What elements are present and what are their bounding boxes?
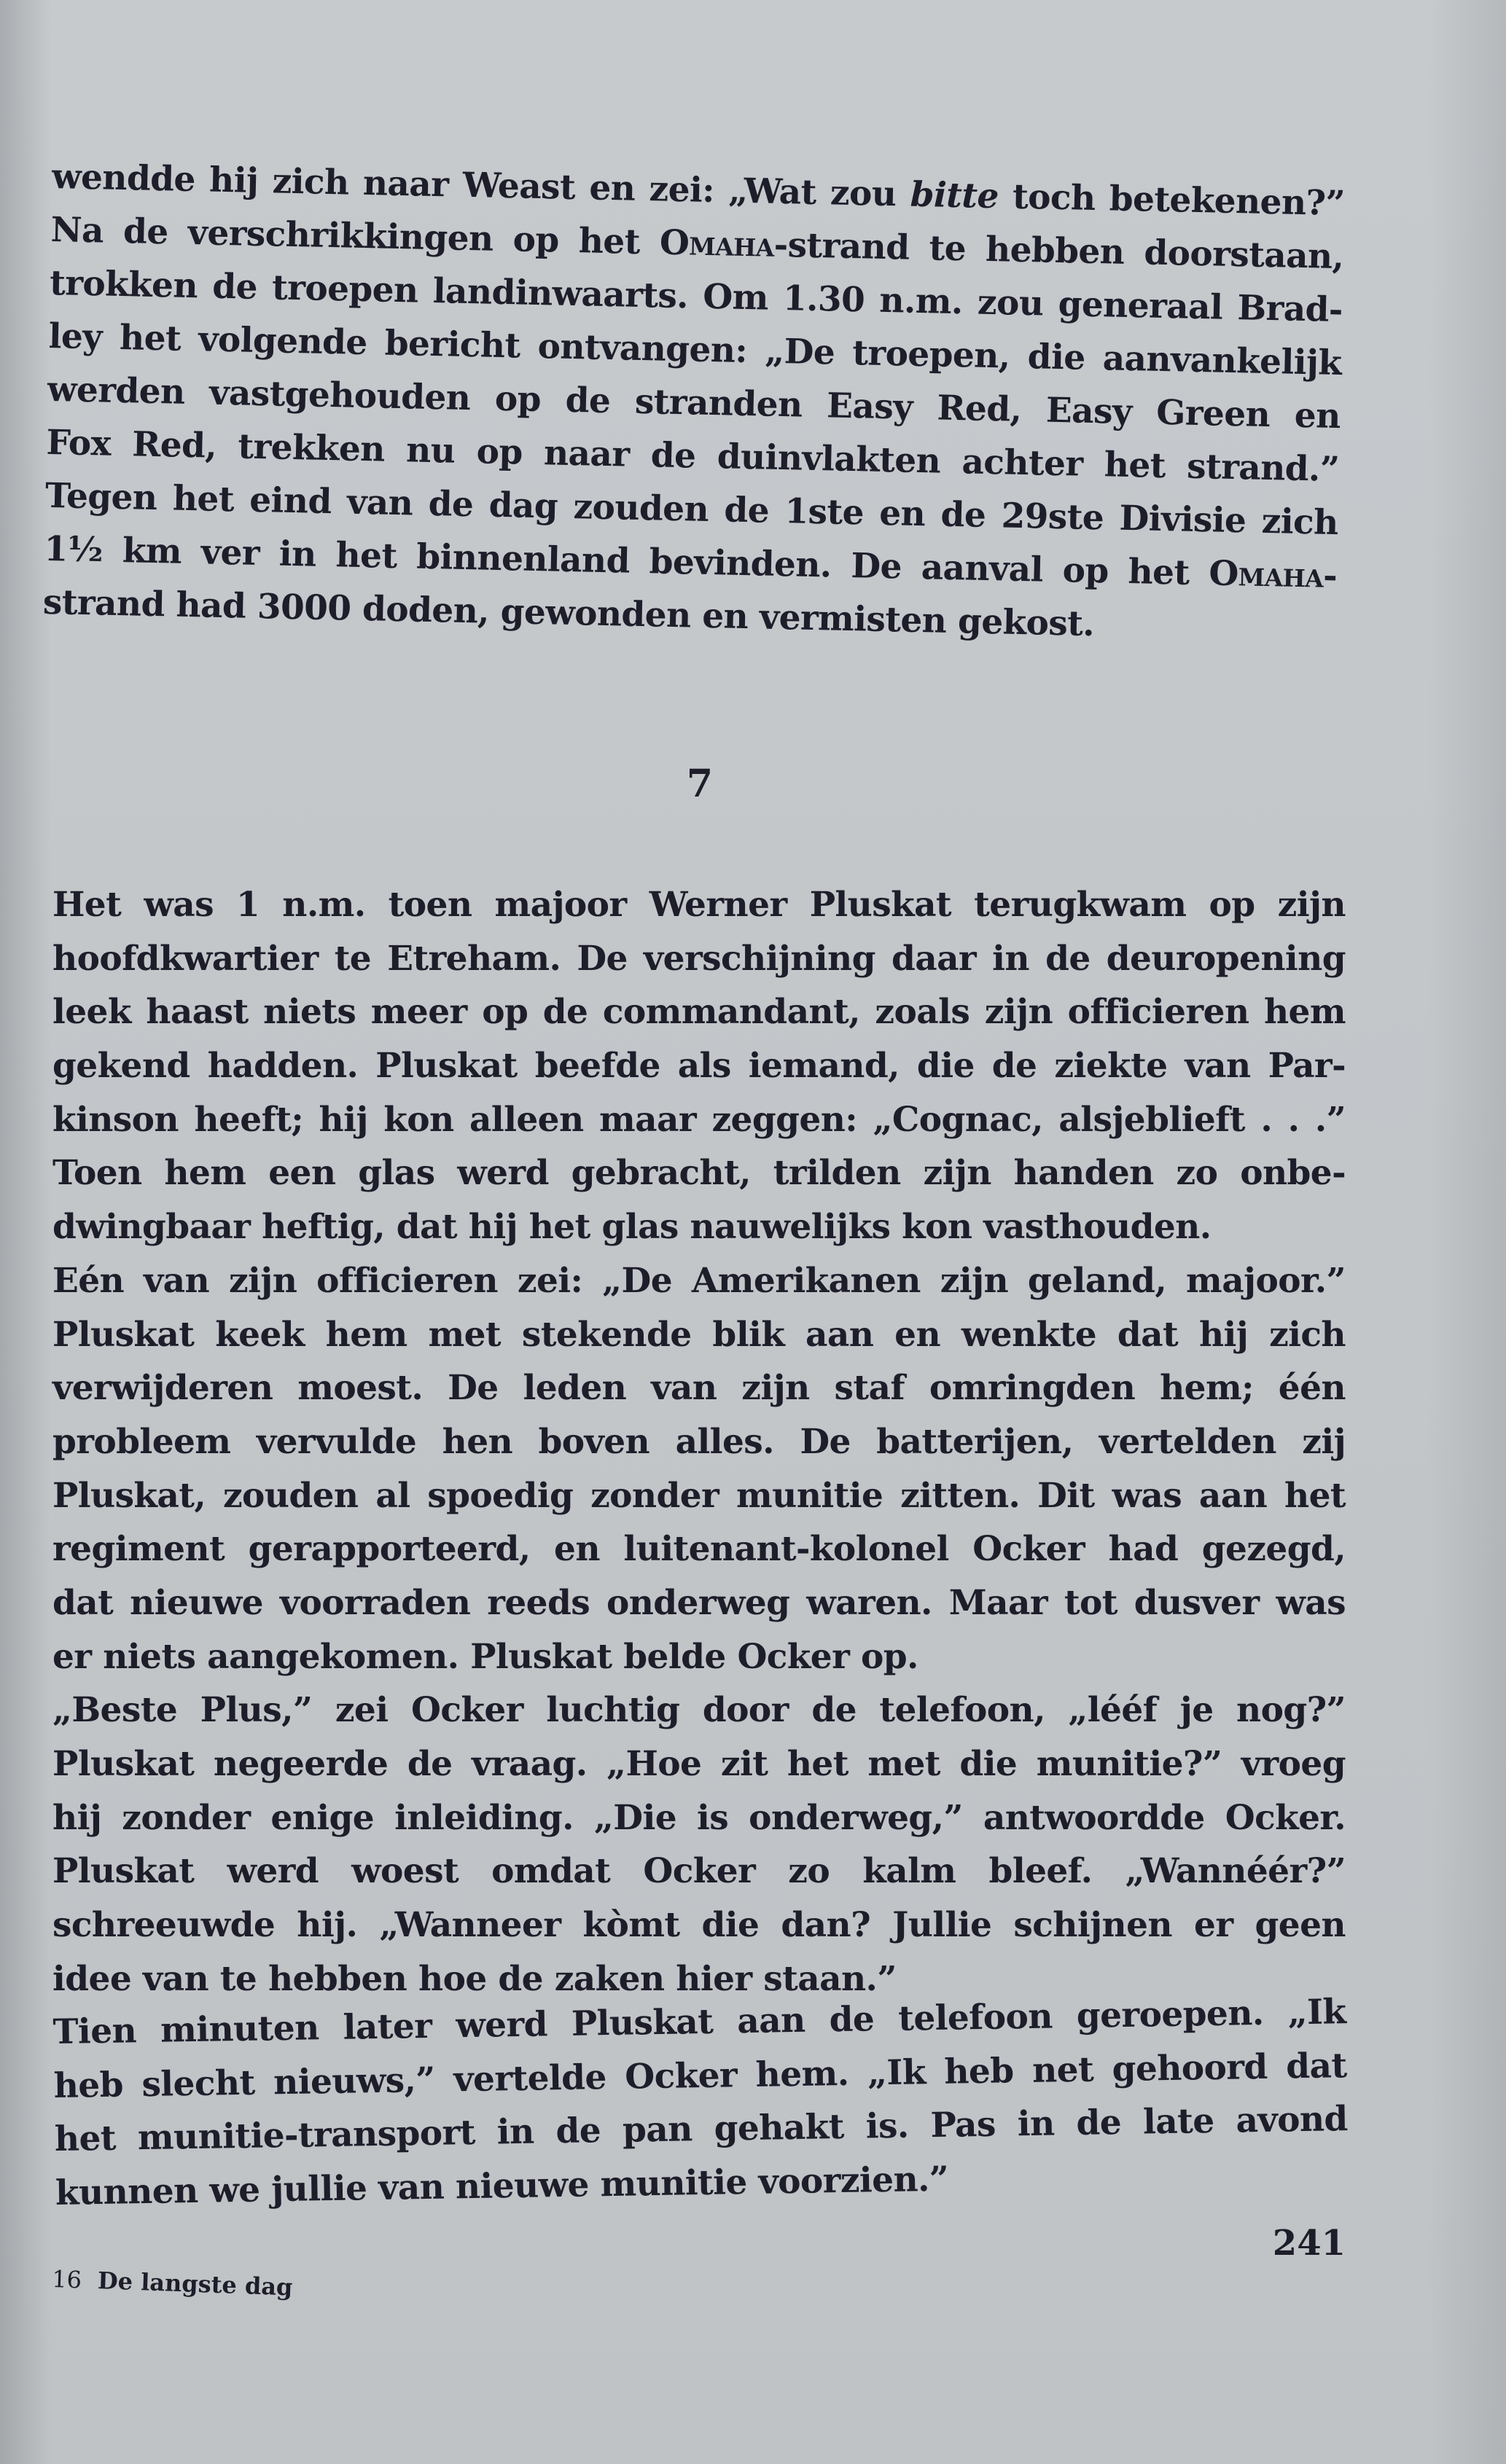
smallcaps-word: Omaha	[659, 222, 774, 265]
printer-signature: 16De langste dag	[52, 2265, 293, 2301]
text-segment: -strand te hebben doorstaan,	[773, 225, 1344, 277]
text-segment: toch betekenen?”	[998, 176, 1345, 224]
text-line: Pluskat werd woest omdat Ocker zo kalm b…	[52, 1845, 1346, 1898]
smallcaps-word: Omaha	[1209, 553, 1324, 595]
text-line: Pluskat, zouden al spoedig zonder muniti…	[52, 1469, 1346, 1523]
text-line: leek haast niets meer op de commandant, …	[52, 985, 1346, 1039]
text-line: hoofdkwartier te Etreham. De verschijnin…	[52, 932, 1346, 986]
text-line: dat nieuwe voorraden reeds onderweg ware…	[52, 1576, 1346, 1630]
text-line: Pluskat negeerde de vraag. „Hoe zit het …	[52, 1737, 1346, 1791]
text-line: Eén van zijn officieren zei: „De Amerika…	[52, 1254, 1346, 1308]
text-line: hij zonder enige inleiding. „Die is onde…	[52, 1791, 1346, 1845]
text-line: dwingbaar heftig, dat hij het glas nauwe…	[52, 1200, 1346, 1254]
text-line: probleem vervulde hen boven alles. De ba…	[52, 1415, 1346, 1469]
book-page: wendde hij zich naar Weast en zei: „Wat …	[0, 0, 1506, 2464]
text-segment: Na de verschrikkingen op het	[50, 210, 660, 262]
italic-word: bitte	[910, 175, 999, 217]
signature-title: De langste dag	[97, 2267, 293, 2301]
text-line: schreeuwde hij. „Wanneer kòmt die dan? J…	[52, 1898, 1346, 1952]
text-line: Toen hem een glas werd gebracht, trilden…	[52, 1146, 1346, 1200]
page-number: 241	[1268, 2223, 1346, 2264]
text-segment: -	[1323, 556, 1338, 596]
text-line: „Beste Plus,” zei Ocker luchtig door de …	[52, 1683, 1346, 1737]
text-line: kinson heeft; hij kon alleen maar zeggen…	[52, 1093, 1346, 1147]
chapter-number: 7	[0, 762, 1400, 806]
signature-number: 16	[52, 2265, 82, 2293]
text-line: er niets aangekomen. Pluskat belde Ocker…	[52, 1630, 1346, 1684]
text-line: gekend hadden. Pluskat beefde als iemand…	[52, 1039, 1346, 1093]
text-line: Het was 1 n.m. toen majoor Werner Pluska…	[52, 878, 1346, 932]
continued-paragraph: wendde hij zich naar Weast en zei: „Wat …	[42, 150, 1345, 656]
tilted-lines: Tien minuten later werd Pluskat aan de t…	[52, 1986, 1349, 2221]
text-line: regiment gerapporteerd, en luitenant-kol…	[52, 1522, 1346, 1576]
text-line: verwijderen moest. De leden van zijn sta…	[52, 1361, 1346, 1415]
section-text: Het was 1 n.m. toen majoor Werner Pluska…	[52, 878, 1346, 2221]
text-line: Pluskat keek hem met stekende blik aan e…	[52, 1308, 1346, 1362]
